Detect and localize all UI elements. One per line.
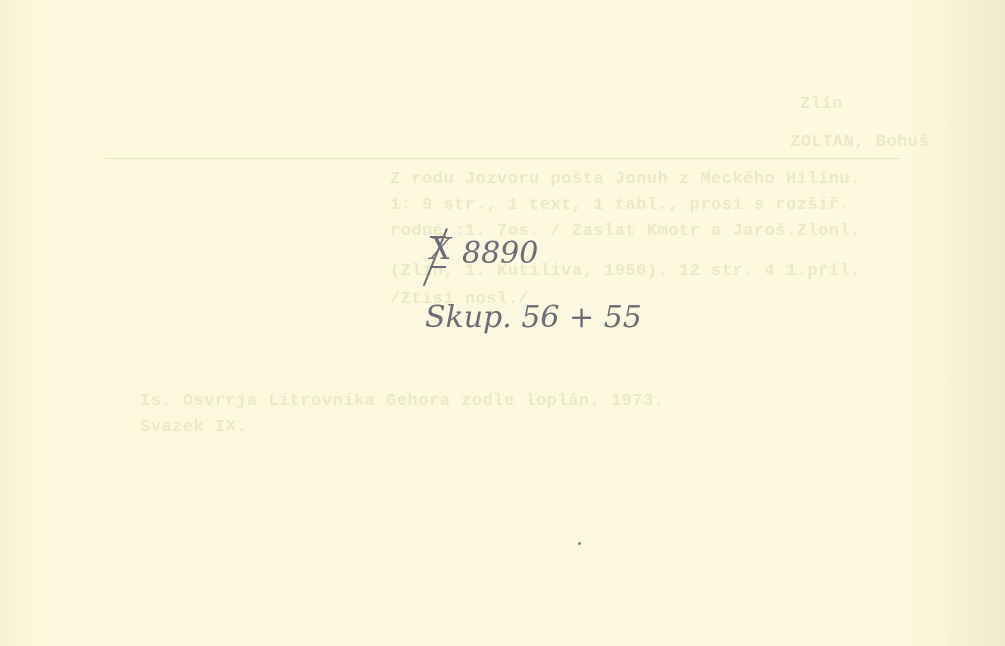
ghost-line-3: rodné :1. 7os. / Zaslat Kmotr a Jaroš.Zl… (390, 222, 861, 241)
ghost-note-2: Svazek IX. (140, 418, 247, 437)
card-edge-shadow (945, 0, 1005, 646)
paper-speck (578, 542, 581, 545)
ghost-line-4: (Zlín, 1. Kutiliva, 1950). 12 str. 4 1.p… (390, 262, 861, 281)
catalog-card: Zlín ZOLTAN, Bohuš Z rodu Jozvoru pošta … (0, 0, 1005, 646)
ghost-note-1: Is. Osvrrja Lítrovníka Gehora zodle lopl… (140, 392, 664, 411)
heading-rule (105, 158, 900, 159)
ghost-line-1: Z rodu Jozvoru pošta Jonuh z Meckého Hil… (390, 170, 861, 189)
ghost-author: ZOLTAN, Bohuš (790, 133, 929, 152)
handwritten-group-note: Skup. 56 + 55 (425, 300, 642, 335)
ghost-heading-code: Zlín (800, 95, 843, 114)
ghost-line-2: 1: 9 str., 1 text, 1 tabl., prosí s rozš… (390, 196, 850, 215)
handwritten-shelfmark-number: 8890 (462, 236, 538, 271)
